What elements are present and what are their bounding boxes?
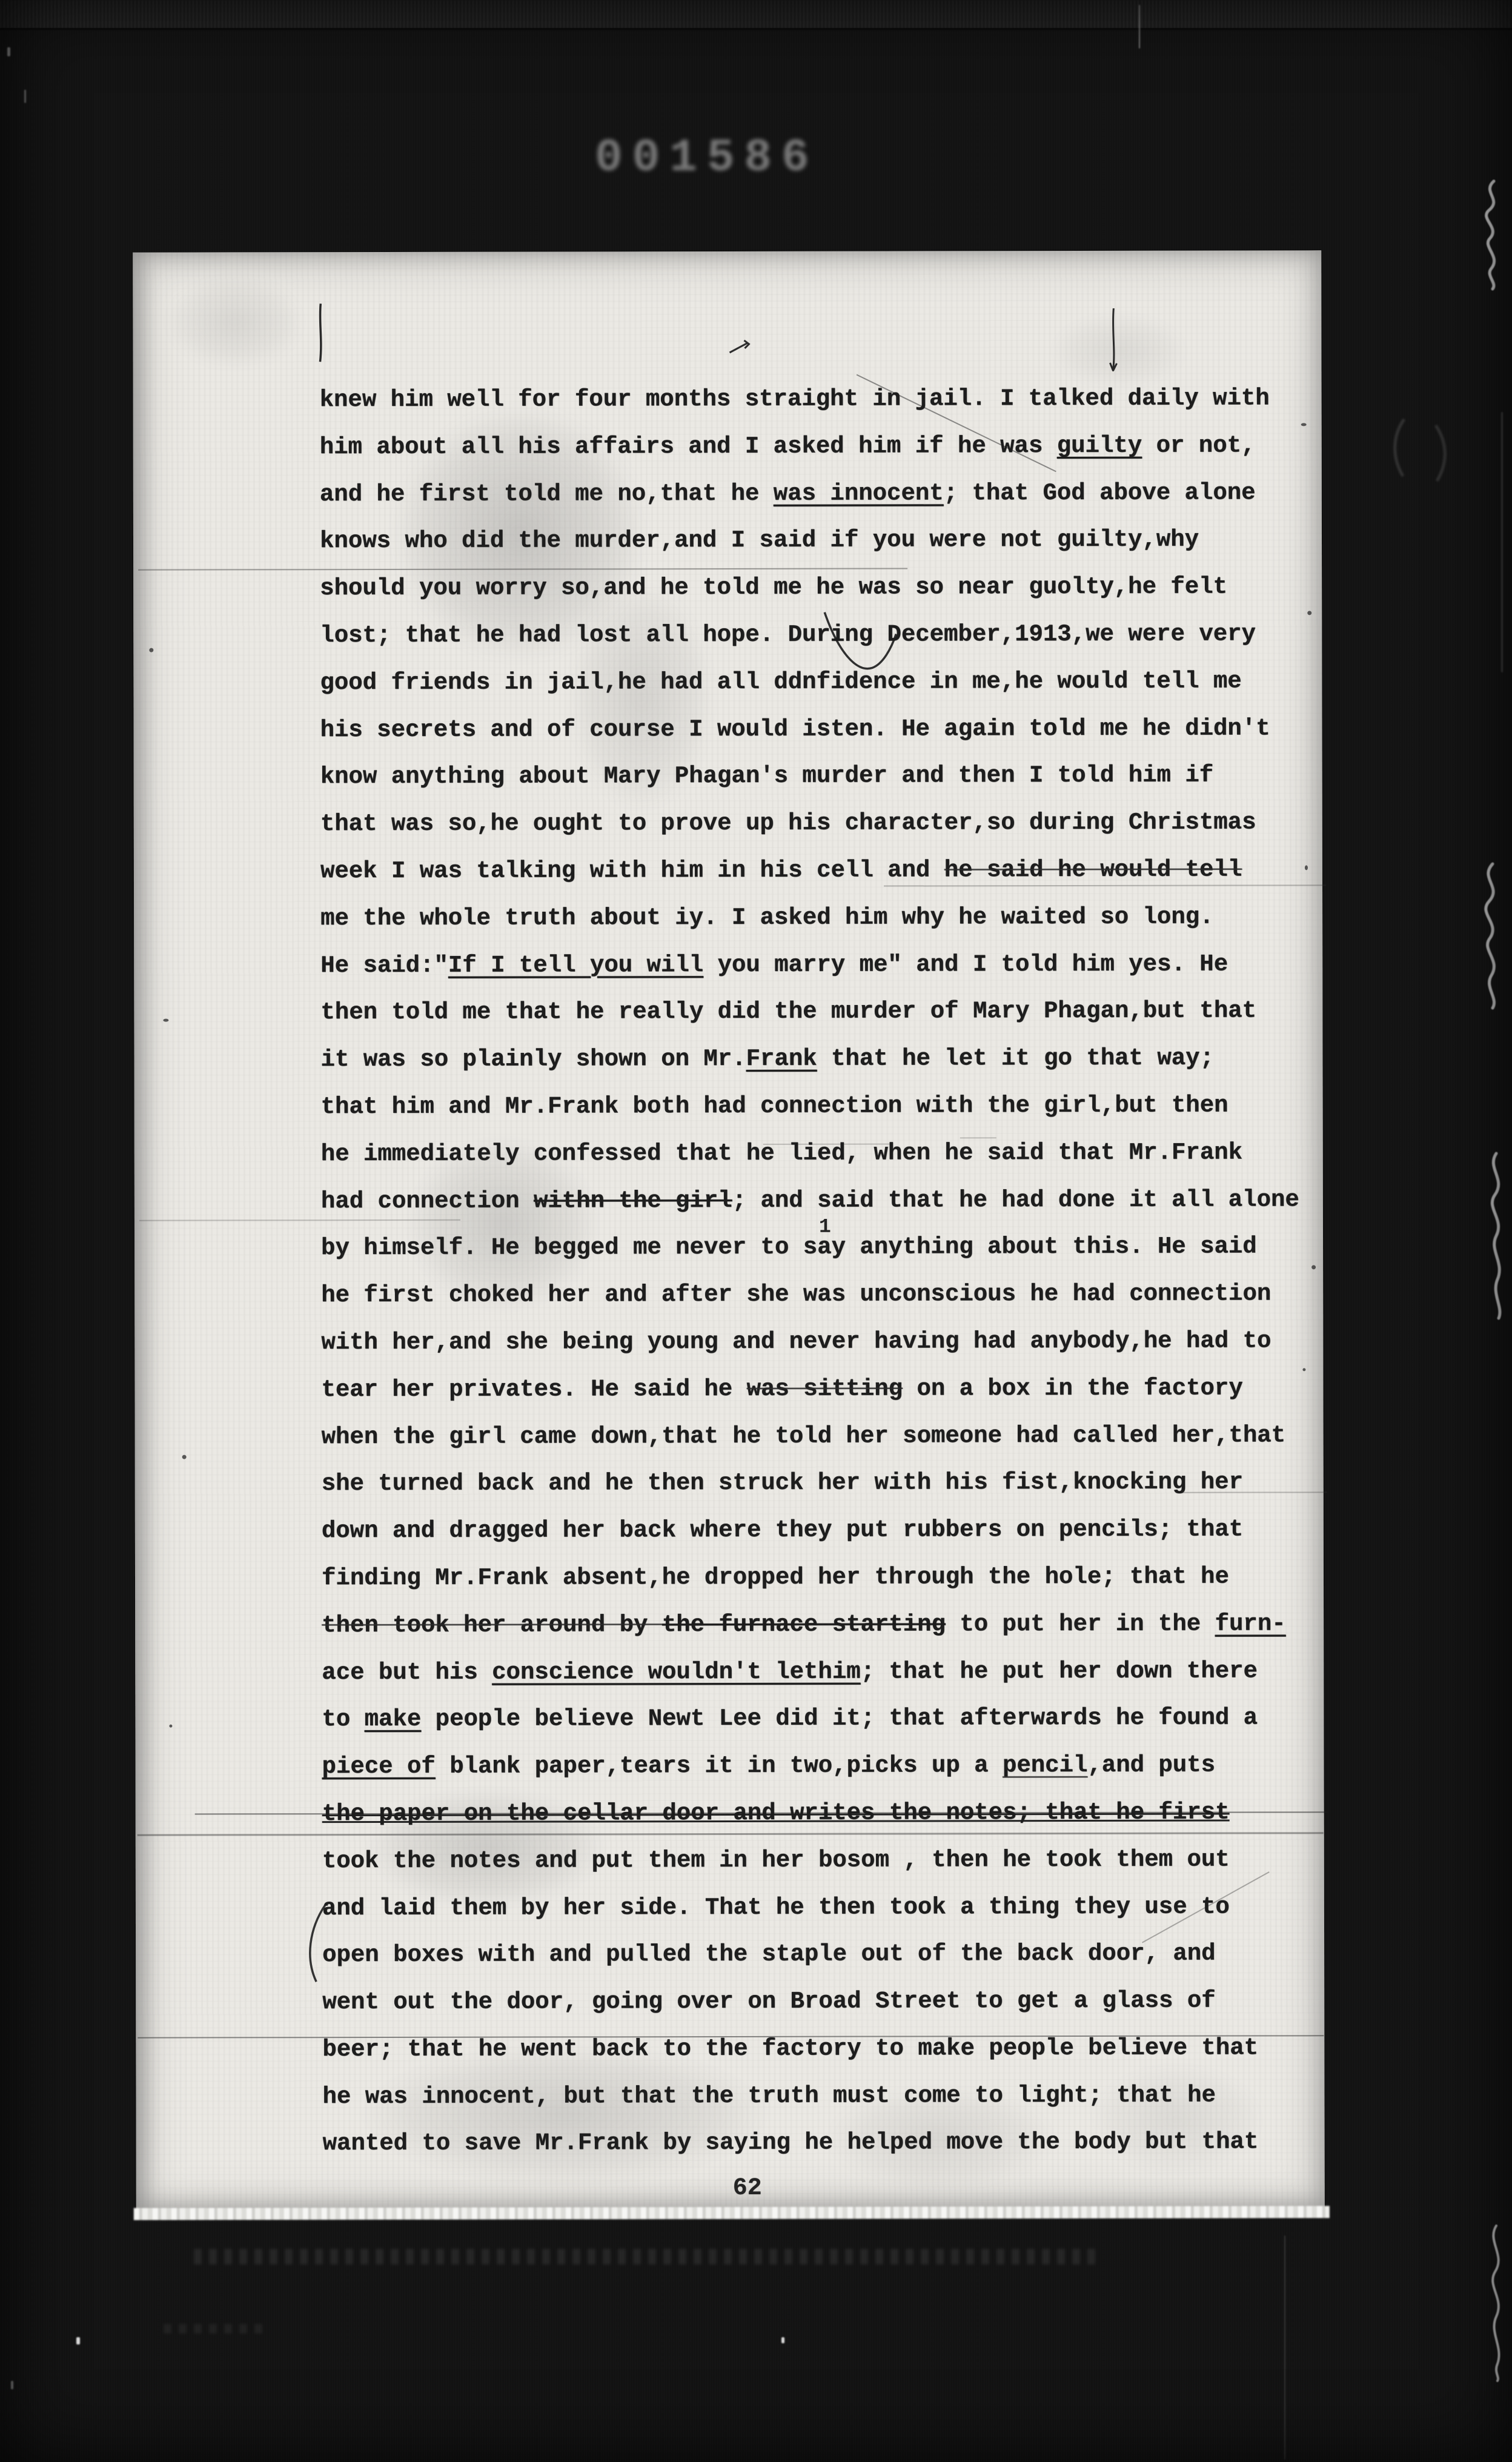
line-segment: he was innocent, but that the truth must…: [322, 2082, 1216, 2110]
line-segment: If I tell you will: [448, 952, 703, 979]
document-line: down and dragged her back where they put…: [322, 1516, 1315, 1565]
line-segment: guilty: [1057, 433, 1142, 459]
line-segment: finding Mr.Frank absent,he dropped her t…: [322, 1563, 1229, 1591]
document-line: the paper on the cellar door and writes …: [322, 1799, 1316, 1848]
line-segment: him about all his affairs and I asked hi…: [320, 433, 1057, 460]
line-segment: make: [365, 1706, 422, 1733]
document-line: open boxes with and pulled the staple ou…: [322, 1940, 1316, 1989]
document-line: that him and Mr.Frank both had connectio…: [321, 1092, 1315, 1141]
line-segment: had connection: [321, 1187, 534, 1215]
ink-speck: [169, 1725, 172, 1728]
dust-speck: [24, 90, 26, 103]
smudge: [144, 261, 325, 383]
line-segment: or not,: [1142, 432, 1255, 459]
line-segment: should you worry so,and he told me he wa…: [320, 574, 1227, 602]
ink-speck: [149, 648, 153, 652]
scanned-document-photo: 001586: [0, 0, 1512, 2462]
margin-writing-bleed: [1476, 179, 1511, 291]
document-line: finding Mr.Frank absent,he dropped her t…: [322, 1563, 1315, 1612]
line-segment: he said he would tell: [944, 856, 1242, 883]
line-segment: he immediately confessed that he lied, w…: [321, 1139, 1242, 1167]
document-line: him about all his affairs and I asked hi…: [320, 432, 1313, 481]
bleed-glyph: [1430, 424, 1454, 485]
document-line: good friends in jail,he had all ddnfiden…: [320, 668, 1313, 717]
document-line: to make people believe Newt Lee did it; …: [322, 1705, 1315, 1754]
pen-mark-arrow: [317, 304, 325, 363]
line-segment: wanted to save Mr.Frank by saying he hel…: [323, 2129, 1259, 2157]
dust-speck: [11, 2381, 13, 2389]
document-line: He said:"If I tell you will you marry me…: [320, 951, 1314, 1000]
document-line: by himself. He begged me never to say an…: [321, 1233, 1315, 1282]
line-segment: was sitting: [747, 1375, 903, 1402]
document-line: me the whole truth about iy. I asked him…: [320, 903, 1314, 952]
document-line: with her,and she being young and never h…: [321, 1327, 1315, 1376]
film-edge-strip: [0, 0, 1512, 30]
line-segment: and laid them by her side. That he then …: [322, 1893, 1230, 1922]
dust-speck: [76, 2337, 80, 2344]
photostat-frame-number: 001586: [595, 132, 910, 184]
line-segment: knew him well for four months straight i…: [320, 385, 1270, 413]
margin-writing-bleed: [1472, 860, 1510, 1012]
line-segment: knows who did the murder,and I said if y…: [320, 526, 1199, 555]
pen-mark-dash: [728, 334, 750, 360]
line-segment: good friends in jail,he had all ddnfiden…: [320, 668, 1241, 696]
document-line: went out the door, going over on Broad S…: [322, 1987, 1316, 2036]
margin-writing-bleed: [1480, 1151, 1511, 1321]
ink-speck: [163, 1019, 168, 1022]
line-segment: the paper on the cellar door and writes …: [322, 1799, 1230, 1827]
line-segment: lost; that he had lost all hope. During …: [320, 620, 1256, 649]
document-line: he immediately confessed that he lied, w…: [321, 1139, 1315, 1188]
line-segment: open boxes with and pulled the staple ou…: [322, 1940, 1216, 1969]
bleed-glyph: [1387, 418, 1411, 479]
line-segment: blank paper,tears it in two,picks up a: [436, 1752, 1003, 1780]
line-segment: down and dragged her back where they put…: [322, 1516, 1243, 1545]
line-segment: ; that he put her down there: [861, 1657, 1258, 1685]
text-block: knew him well for four months straight i…: [320, 385, 1316, 2177]
line-segment: that him and Mr.Frank both had connectio…: [321, 1092, 1228, 1121]
line-segment: ; and said that he had done it all alone: [732, 1186, 1299, 1214]
document-line: that was so,he ought to prove up his cha…: [320, 809, 1314, 858]
document-line: he was innocent, but that the truth must…: [322, 2082, 1316, 2131]
document-line: his secrets and of course I would isten.…: [320, 715, 1314, 764]
pen-mark-arrow: [1109, 308, 1118, 371]
document-line: and he first told me no,that he was inno…: [320, 479, 1313, 528]
line-segment: ,and puts: [1087, 1752, 1215, 1779]
line-segment: on a box in the factory: [903, 1375, 1243, 1402]
line-segment: He said:": [320, 952, 448, 978]
line-segment: beer; that he went back to the factory t…: [322, 2034, 1258, 2063]
film-scratch: [1139, 5, 1140, 48]
line-segment: to: [322, 1706, 364, 1733]
line-segment: tear her privates. He said he: [321, 1376, 746, 1403]
line-segment: ace but his: [322, 1659, 492, 1685]
line-segment: then told me that he really did the murd…: [320, 998, 1256, 1026]
line-segment: the furnace starting: [662, 1611, 946, 1638]
line-segment: piece of: [322, 1753, 435, 1780]
bleed-through-text: [194, 2249, 1102, 2265]
document-line: then took her around by the furnace star…: [322, 1610, 1315, 1659]
scanned-document-page: knew him well for four months straight i…: [133, 250, 1325, 2215]
dust-speck: [7, 47, 10, 56]
document-line: wanted to save Mr.Frank by saying he hel…: [323, 2129, 1316, 2178]
document-line: had connection withn the girl; and said …: [321, 1186, 1315, 1235]
document-line: knew him well for four months straight i…: [320, 385, 1313, 434]
dust-speck: [781, 2337, 784, 2343]
line-segment: furn-: [1215, 1610, 1286, 1637]
line-segment: ; that God above alone: [944, 479, 1256, 506]
stray-overtype-character: 1: [819, 1216, 831, 1238]
line-segment: and he first told me no,that he: [320, 480, 774, 507]
ink-speck: [182, 1455, 187, 1459]
document-line: week I was talking with him in his cell …: [320, 856, 1314, 905]
page-number: 62: [733, 2175, 762, 2202]
line-segment: withn the girl: [534, 1187, 732, 1215]
line-segment: that he let it go that way;: [817, 1045, 1214, 1072]
line-segment: when the girl came down,that he told her…: [322, 1422, 1286, 1450]
document-line: beer; that he went back to the factory t…: [322, 2034, 1316, 2083]
line-segment: week I was talking with him in his cell …: [320, 857, 944, 884]
line-segment: took the notes and put them in her bosom…: [322, 1846, 1230, 1874]
line-segment: then took her around by: [322, 1611, 662, 1639]
film-scratch: [1284, 2235, 1285, 2460]
line-segment: that was so,he ought to prove up his cha…: [320, 809, 1256, 838]
document-line: it was so plainly shown on Mr.Frank that…: [320, 1044, 1314, 1093]
line-segment: he first choked her and after she was un…: [321, 1281, 1271, 1309]
line-segment: she turned back and he then struck her w…: [322, 1469, 1243, 1498]
line-segment: went out the door, going over on Broad S…: [322, 1988, 1216, 2016]
line-segment: Frank: [746, 1046, 817, 1072]
document-line: ace but his conscience wouldn't lethim; …: [322, 1657, 1315, 1707]
line-segment: people believe Newt Lee did it; that aft…: [421, 1705, 1258, 1733]
document-line: and laid them by her side. That he then …: [322, 1893, 1316, 1942]
line-segment: was innocent: [774, 480, 944, 506]
document-line: tear her privates. He said he was sittin…: [321, 1375, 1315, 1424]
line-segment: you marry me" and I told him yes. He: [703, 951, 1228, 978]
document-line: piece of blank paper,tears it in two,pic…: [322, 1751, 1315, 1800]
document-line: knows who did the murder,and I said if y…: [320, 526, 1313, 576]
document-line: he first choked her and after she was un…: [321, 1280, 1315, 1329]
line-segment: know anything about Mary Phagan's murder…: [320, 762, 1214, 791]
line-segment: his secrets and of course I would isten.…: [320, 715, 1270, 743]
document-line: know anything about Mary Phagan's murder…: [320, 762, 1314, 811]
document-line: lost; that he had lost all hope. During …: [320, 620, 1313, 669]
line-segment: conscience wouldn't lethim: [492, 1658, 861, 1685]
film-scratch: [1501, 412, 1503, 672]
document-line: then told me that he really did the murd…: [320, 998, 1314, 1047]
document-line: took the notes and put them in her bosom…: [322, 1846, 1316, 1895]
line-segment: me the whole truth about iy. I asked him…: [320, 903, 1214, 932]
line-segment: by himself. He begged me never to say an…: [321, 1233, 1257, 1262]
line-segment: to put her in the: [946, 1610, 1215, 1637]
line-segment: pencil: [1003, 1752, 1088, 1779]
bleed-through-text: [164, 2324, 267, 2334]
line-segment: with her,and she being young and never h…: [321, 1327, 1271, 1356]
document-line: when the girl came down,that he told her…: [322, 1422, 1315, 1471]
line-segment: it was so plainly shown on Mr.: [320, 1046, 746, 1073]
margin-writing-bleed: [1482, 2223, 1511, 2382]
document-line: should you worry so,and he told me he wa…: [320, 574, 1313, 623]
document-line: she turned back and he then struck her w…: [322, 1469, 1315, 1518]
